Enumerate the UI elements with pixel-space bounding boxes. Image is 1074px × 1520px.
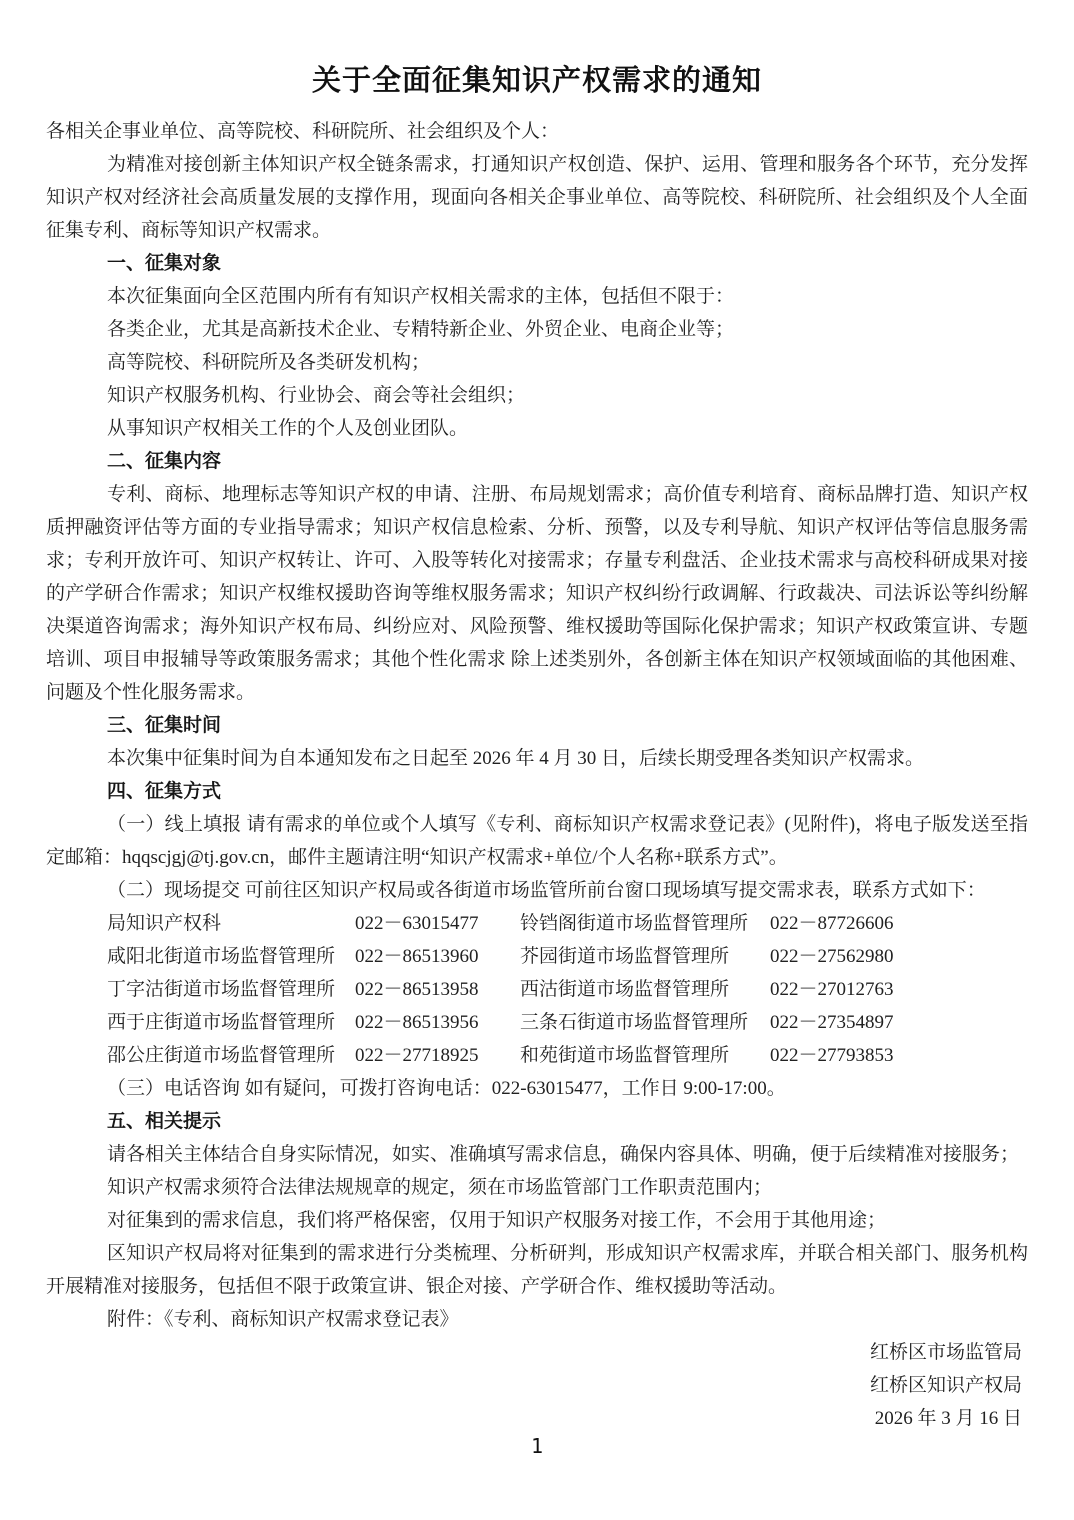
office-name: 西沽街道市场监督管理所 [520, 973, 770, 1006]
document-title: 关于全面征集知识产权需求的通知 [46, 60, 1028, 102]
section1-line: 从事知识产权相关工作的个人及创业团队。 [46, 412, 1028, 445]
section3-heading: 三、征集时间 [46, 709, 1028, 742]
office-phone: 022－86513958 [355, 973, 520, 1006]
contact-row: 丁字沽街道市场监督管理所 022－86513958 西沽街道市场监督管理所 02… [107, 973, 1028, 1006]
salutation: 各相关企事业单位、高等院校、科研院所、社会组织及个人： [46, 115, 1028, 148]
office-name: 铃铛阁街道市场监督管理所 [520, 907, 770, 940]
contact-row: 局知识产权科 022－63015477 铃铛阁街道市场监督管理所 022－877… [107, 907, 1028, 940]
office-phone: 022－86513960 [355, 940, 520, 973]
section5-line: 对征集到的需求信息，我们将严格保密，仅用于知识产权服务对接工作，不会用于其他用途… [46, 1204, 1028, 1237]
signature-org: 红桥区市场监管局 [46, 1336, 1022, 1369]
contact-row: 咸阳北街道市场监督管理所 022－86513960 芥园街道市场监督管理所 02… [107, 940, 1028, 973]
section2-body: 专利、商标、地理标志等知识产权的申请、注册、布局规划需求；高价值专利培育、商标品… [46, 478, 1028, 709]
signature-date: 2026 年 3 月 16 日 [46, 1402, 1022, 1435]
attachment-line: 附件：《专利、商标知识产权需求登记表》 [46, 1303, 1028, 1336]
contact-row: 邵公庄街道市场监督管理所 022－27718925 和苑街道市场监督管理所 02… [107, 1039, 1028, 1072]
section1-heading: 一、征集对象 [46, 247, 1028, 280]
office-name: 邵公庄街道市场监督管理所 [107, 1039, 355, 1072]
office-phone: 022－63015477 [355, 907, 520, 940]
document-page: 关于全面征集知识产权需求的通知 各相关企事业单位、高等院校、科研院所、社会组织及… [0, 0, 1074, 1520]
contact-phone-table: 局知识产权科 022－63015477 铃铛阁街道市场监督管理所 022－877… [107, 907, 1028, 1072]
section4-onsite-submission: （二）现场提交 可前往区知识产权局或各街道市场监管所前台窗口现场填写提交需求表，… [46, 874, 1028, 907]
office-phone: 022－87726606 [770, 907, 1028, 940]
section3-body: 本次集中征集时间为自本通知发布之日起至 2026 年 4 月 30 日，后续长期… [46, 742, 1028, 775]
office-name: 咸阳北街道市场监督管理所 [107, 940, 355, 973]
section4-phone-consult: （三）电话咨询 如有疑问，可拨打咨询电话：022-63015477，工作日 9:… [46, 1072, 1028, 1105]
page-number: 1 [0, 1434, 1074, 1458]
office-phone: 022－27012763 [770, 973, 1028, 1006]
office-phone: 022－27718925 [355, 1039, 520, 1072]
office-phone: 022－27793853 [770, 1039, 1028, 1072]
office-phone: 022－86513956 [355, 1006, 520, 1039]
office-name: 三条石街道市场监督管理所 [520, 1006, 770, 1039]
office-name: 丁字沽街道市场监督管理所 [107, 973, 355, 1006]
section1-line: 高等院校、科研院所及各类研发机构； [46, 346, 1028, 379]
office-phone: 022－27354897 [770, 1006, 1028, 1039]
office-name: 芥园街道市场监督管理所 [520, 940, 770, 973]
section5-heading: 五、相关提示 [46, 1105, 1028, 1138]
section1-line: 知识产权服务机构、行业协会、商会等社会组织； [46, 379, 1028, 412]
section5-line: 区知识产权局将对征集到的需求进行分类梳理、分析研判，形成知识产权需求库，并联合相… [46, 1237, 1028, 1303]
office-name: 和苑街道市场监督管理所 [520, 1039, 770, 1072]
contact-row: 西于庄街道市场监督管理所 022－86513956 三条石街道市场监督管理所 0… [107, 1006, 1028, 1039]
section4-online-submission: （一）线上填报 请有需求的单位或个人填写《专利、商标知识产权需求登记表》(见附件… [46, 808, 1028, 874]
section2-heading: 二、征集内容 [46, 445, 1028, 478]
signature-org: 红桥区知识产权局 [46, 1369, 1022, 1402]
office-name: 西于庄街道市场监督管理所 [107, 1006, 355, 1039]
section1-line: 各类企业，尤其是高新技术企业、专精特新企业、外贸企业、电商企业等； [46, 313, 1028, 346]
office-name: 局知识产权科 [107, 907, 355, 940]
intro-paragraph: 为精准对接创新主体知识产权全链条需求，打通知识产权创造、保护、运用、管理和服务各… [46, 148, 1028, 247]
section1-line: 本次征集面向全区范围内所有有知识产权相关需求的主体，包括但不限于： [46, 280, 1028, 313]
section5-line: 知识产权需求须符合法律法规规章的规定，须在市场监管部门工作职责范围内； [46, 1171, 1028, 1204]
section5-line: 请各相关主体结合自身实际情况，如实、准确填写需求信息，确保内容具体、明确，便于后… [46, 1138, 1028, 1171]
office-phone: 022－27562980 [770, 940, 1028, 973]
section4-heading: 四、征集方式 [46, 775, 1028, 808]
signature-block: 红桥区市场监管局 红桥区知识产权局 2026 年 3 月 16 日 [46, 1336, 1028, 1435]
